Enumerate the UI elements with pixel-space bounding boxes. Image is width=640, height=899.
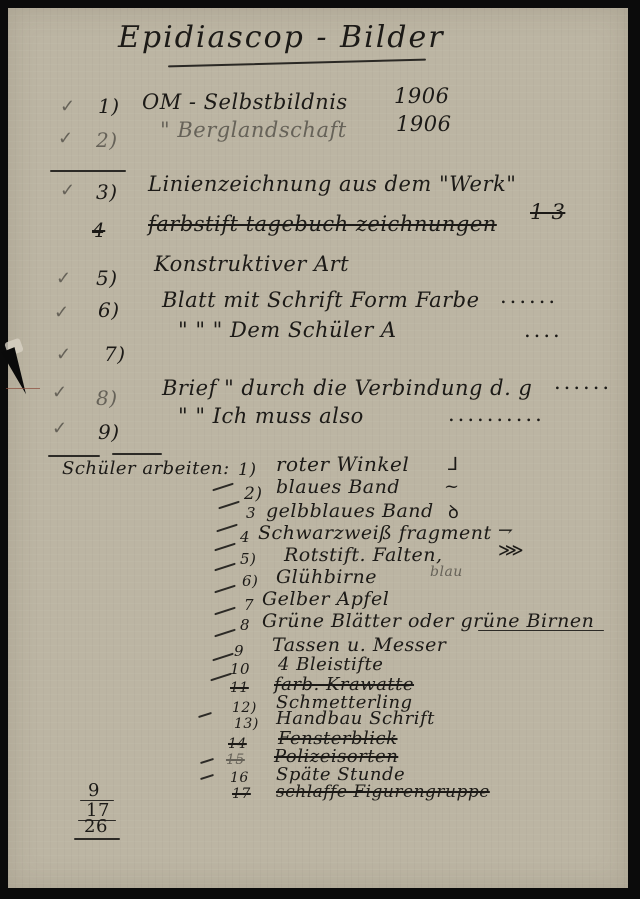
check-mark-icon: ✓ bbox=[54, 302, 70, 323]
item-number: 3 bbox=[246, 504, 256, 522]
check-mark-icon: ✓ bbox=[60, 180, 76, 201]
item-number: 6) bbox=[98, 298, 120, 322]
list-item-text: Brief " durch die Verbindung d. g bbox=[162, 376, 532, 400]
check-mark-icon: ✓ bbox=[52, 418, 68, 439]
list-item-text: OM - Selbstbildnis bbox=[142, 90, 348, 114]
item-number: 9 bbox=[234, 642, 244, 660]
list-item-text-struck: farbstift tagebuch zeichnungen bbox=[148, 212, 497, 236]
list-item-text: Linienzeichnung aus dem "Werk" bbox=[148, 172, 516, 196]
page-title: Epidiascop - Bilder bbox=[118, 20, 445, 55]
symbol-icon: ⇁ bbox=[498, 520, 514, 541]
item-number: 5) bbox=[96, 266, 118, 290]
list-item-text: " Berglandschaft bbox=[160, 118, 347, 142]
student-item-text: blaues Band bbox=[276, 476, 400, 498]
list-item-year: 1-3 bbox=[530, 200, 565, 224]
item-number: 17 bbox=[232, 786, 251, 802]
tally-top: 9 bbox=[88, 780, 100, 801]
red-margin-mark bbox=[6, 388, 40, 389]
student-item-text: gelbblaues Band bbox=[266, 500, 434, 522]
item-number: 4 bbox=[240, 528, 250, 546]
item-number: 10 bbox=[230, 660, 250, 678]
item-number: 7 bbox=[244, 596, 254, 614]
item-number: 13) bbox=[234, 716, 259, 732]
student-item-text: Handbau Schrift bbox=[276, 708, 435, 729]
item-number: 16 bbox=[230, 770, 249, 786]
student-item-text: 4 Bleistifte bbox=[278, 654, 383, 675]
list-item-year: 1906 bbox=[396, 112, 451, 136]
symbol-icon: ~ bbox=[444, 476, 460, 497]
separator-line bbox=[112, 453, 162, 455]
item-number: 9) bbox=[98, 420, 120, 444]
item-number: 15 bbox=[226, 752, 245, 768]
list-item-text: " " Ich muss also bbox=[178, 404, 364, 428]
student-item-text: Tassen u. Messer bbox=[272, 634, 446, 656]
ellipsis-dots: .......... bbox=[448, 402, 545, 426]
list-item-year: 1906 bbox=[394, 84, 449, 108]
student-item-text: Rotstift. Falten, bbox=[284, 544, 443, 566]
tally-line bbox=[74, 838, 120, 840]
check-mark-icon: ✓ bbox=[56, 268, 72, 289]
list-item-text: " " " Dem Schüler A bbox=[178, 318, 397, 342]
item-number: 4 bbox=[92, 218, 105, 242]
item-number: 3) bbox=[96, 180, 118, 204]
separator-line bbox=[48, 455, 100, 457]
check-mark-icon: ✓ bbox=[58, 128, 74, 149]
item-number: 14 bbox=[228, 736, 247, 752]
item-number: 7) bbox=[104, 342, 126, 366]
item-number: 1) bbox=[238, 460, 256, 480]
tally-total: 26 bbox=[84, 816, 108, 837]
section-heading: Schüler arbeiten: bbox=[62, 458, 230, 479]
ellipsis-dots: ...... bbox=[500, 284, 558, 308]
student-item-text: roter Winkel bbox=[276, 452, 409, 476]
item-number: 1) bbox=[98, 94, 120, 118]
item-number: 6) bbox=[242, 572, 258, 590]
student-item-text: Grüne Blätter oder grüne Birnen bbox=[262, 610, 594, 632]
separator-line bbox=[50, 170, 126, 172]
student-item-note: blau bbox=[430, 564, 463, 580]
item-number: 5) bbox=[240, 550, 256, 568]
symbol-icon: ⅃ bbox=[448, 454, 459, 475]
list-item-text: Konstruktiver Art bbox=[154, 252, 349, 276]
item-number: 12) bbox=[232, 700, 257, 716]
check-mark-icon: ✓ bbox=[52, 382, 68, 403]
item-number: 2) bbox=[244, 484, 262, 504]
item-number: 11 bbox=[230, 680, 249, 696]
student-item-text: Schwarzweiß fragment bbox=[258, 522, 492, 544]
student-item-text-struck: schlaffe Figurengruppe bbox=[276, 782, 490, 802]
item-number: 8) bbox=[96, 386, 118, 410]
ellipsis-dots: .... bbox=[524, 318, 563, 342]
symbol-icon: ꝺ bbox=[448, 500, 459, 524]
student-item-text: Glühbirne bbox=[276, 566, 377, 588]
list-item-text: Blatt mit Schrift Form Farbe bbox=[162, 288, 480, 312]
item-number: 8 bbox=[240, 616, 250, 634]
underline bbox=[478, 630, 604, 631]
check-mark-icon: ✓ bbox=[56, 344, 72, 365]
check-mark-icon: ✓ bbox=[60, 96, 76, 117]
ellipsis-dots: ...... bbox=[554, 370, 612, 394]
symbol-icon: ⋙ bbox=[498, 540, 524, 561]
student-item-text: Gelber Apfel bbox=[262, 588, 389, 610]
item-number: 2) bbox=[96, 128, 118, 152]
